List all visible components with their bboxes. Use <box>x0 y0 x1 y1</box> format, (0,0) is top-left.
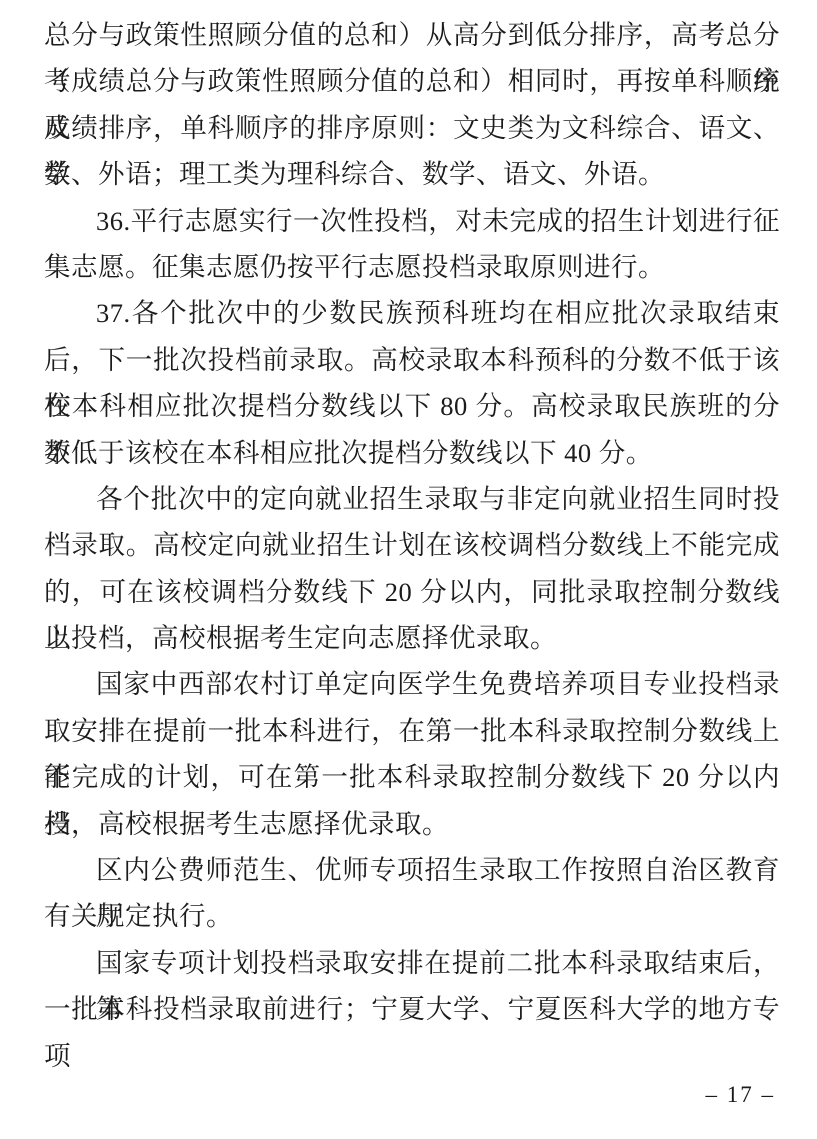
text-line: 考成绩总分与政策性照顾分值的总和）相同时，再按单科顺序及 <box>44 58 780 104</box>
text-line: 档录取。高校定向就业招生计划在该校调档分数线上不能完成 <box>44 522 780 568</box>
text-line: 学、外语；理工类为理科综合、数学、语文、外语。 <box>44 151 780 197</box>
text-line: 上投档，高校根据考生定向志愿择优录取。 <box>44 615 780 661</box>
text-line: 档，高校根据考生志愿择优录取。 <box>44 801 780 847</box>
text-line: 后，下一批次投档前录取。高校录取本科预科的分数不低于该校 <box>44 337 780 383</box>
text-line: 有关规定执行。 <box>44 893 780 939</box>
text-line: 能完成的计划，可在第一批本科录取控制分数线下 20 分以内投 <box>44 754 780 800</box>
text-line: 36.平行志愿实行一次性投档，对未完成的招生计划进行征 <box>44 198 780 244</box>
text-line: 在本科相应批次提档分数线以下 80 分。高校录取民族班的分数 <box>44 383 780 429</box>
page-number: – 17 – <box>706 1083 776 1107</box>
text-line: 区内公费师范生、优师专项招生录取工作按照自治区教育厅 <box>44 847 780 893</box>
text-line: 集志愿。征集志愿仍按平行志愿投档录取原则进行。 <box>44 244 780 290</box>
text-block: 总分与政策性照顾分值的总和）从高分到低分排序，高考总分（统考成绩总分与政策性照顾… <box>44 12 780 1033</box>
text-line: 37.各个批次中的少数民族预科班均在相应批次录取结束 <box>44 290 780 336</box>
text-line: 国家中西部农村订单定向医学生免费培养项目专业投档录 <box>44 661 780 707</box>
text-line: 的，可在该校调档分数线下 20 分以内，同批录取控制分数线以 <box>44 569 780 615</box>
text-line: 取安排在提前一批本科进行，在第一批本科录取控制分数线上不 <box>44 708 780 754</box>
text-line: 总分与政策性照顾分值的总和）从高分到低分排序，高考总分（统 <box>44 12 780 58</box>
text-line: 一批本科投档录取前进行；宁夏大学、宁夏医科大学的地方专项 <box>44 986 780 1032</box>
text-line: 不低于该校在本科相应批次提档分数线以下 40 分。 <box>44 430 780 476</box>
text-line: 国家专项计划投档录取安排在提前二批本科录取结束后，第 <box>44 940 780 986</box>
text-line: 各个批次中的定向就业招生录取与非定向就业招生同时投 <box>44 476 780 522</box>
text-line: 成绩排序，单科顺序的排序原则：文史类为文科综合、语文、数 <box>44 105 780 151</box>
document-page: 总分与政策性照顾分值的总和）从高分到低分排序，高考总分（统考成绩总分与政策性照顾… <box>0 0 817 1139</box>
